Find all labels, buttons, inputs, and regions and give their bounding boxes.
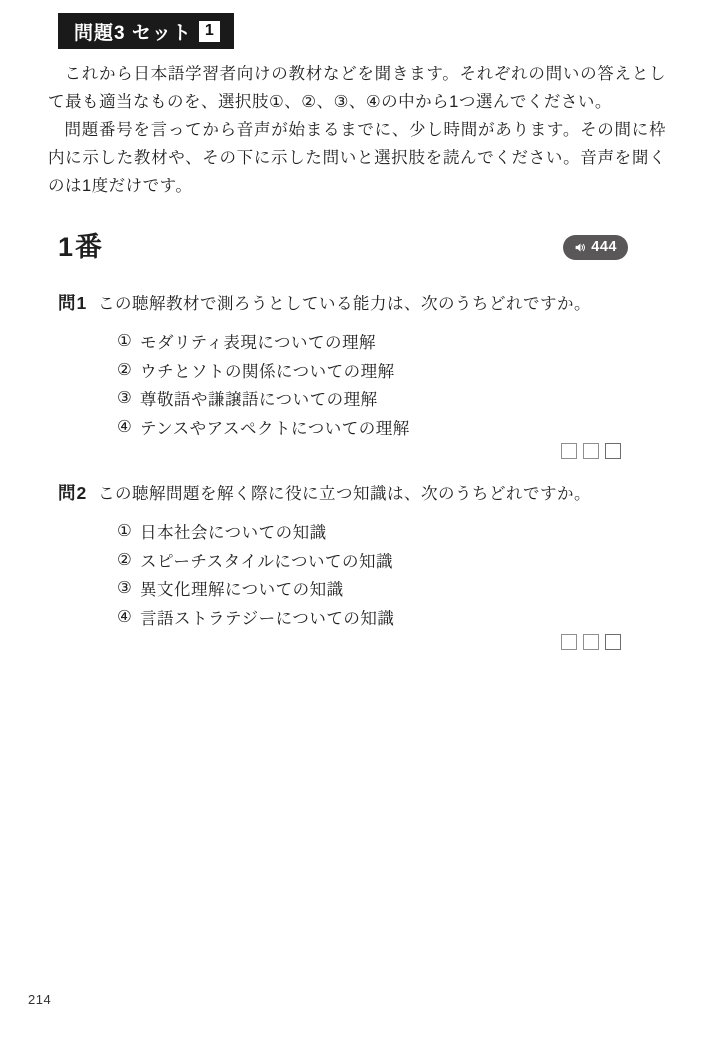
- option-number: ③: [117, 388, 140, 408]
- question-2-options: ① 日本社会についての知識 ② スピーチスタイルについての知識 ③ 異文化理解に…: [117, 517, 637, 631]
- answer-box: [583, 634, 599, 650]
- option-number: ②: [117, 550, 140, 570]
- question-1-answer-boxes: [561, 443, 621, 459]
- question-2-label: 問2: [58, 480, 98, 505]
- question-2-text: この聴解問題を解く際に役に立つ知識は、次のうちどれですか。: [98, 480, 591, 504]
- option-number: ③: [117, 578, 140, 598]
- option-row: ④ 言語ストラテジーについての知識: [117, 603, 637, 632]
- option-text: 日本社会についての知識: [140, 519, 327, 543]
- audio-track-badge: 444: [563, 235, 628, 260]
- option-number: ①: [117, 331, 140, 351]
- option-row: ④ テンスやアスペクトについての理解: [117, 413, 637, 442]
- option-text: 尊敬語や謙譲語についての理解: [140, 386, 378, 410]
- option-number: ②: [117, 360, 140, 380]
- question-1-options: ① モダリティ表現についての理解 ② ウチとソトの関係についての理解 ③ 尊敬語…: [117, 327, 637, 441]
- option-text: ウチとソトの関係についての理解: [140, 358, 395, 382]
- option-text: 言語ストラテジーについての知識: [140, 605, 394, 629]
- question-2: 問2 この聴解問題を解く際に役に立つ知識は、次のうちどれですか。: [58, 480, 666, 505]
- document-page: 問題3 セット 1 これから日本語学習者向けの教材などを聞きます。それぞれの問い…: [0, 0, 707, 1040]
- option-number: ④: [117, 607, 140, 627]
- option-text: 異文化理解についての知識: [140, 576, 344, 600]
- answer-box: [561, 443, 577, 459]
- question-1-label: 問1: [58, 290, 98, 315]
- answer-box: [561, 634, 577, 650]
- page-number: 214: [28, 992, 51, 1007]
- option-text: モダリティ表現についての理解: [140, 329, 376, 353]
- option-text: テンスやアスペクトについての理解: [140, 415, 410, 439]
- question-1: 問1 この聴解教材で測ろうとしている能力は、次のうちどれですか。: [58, 290, 666, 315]
- option-row: ② ウチとソトの関係についての理解: [117, 356, 637, 385]
- section-title: 1番: [58, 231, 104, 263]
- option-row: ② スピーチスタイルについての知識: [117, 546, 637, 575]
- option-number: ④: [117, 417, 140, 437]
- answer-box: [605, 443, 621, 459]
- question-2-answer-boxes: [561, 634, 621, 650]
- option-row: ③ 尊敬語や謙譲語についての理解: [117, 384, 637, 413]
- option-row: ③ 異文化理解についての知識: [117, 574, 637, 603]
- option-text: スピーチスタイルについての知識: [140, 548, 393, 572]
- section-heading-row: 1番 444: [58, 231, 628, 263]
- answer-box: [583, 443, 599, 459]
- instructions: これから日本語学習者向けの教材などを聞きます。それぞれの問いの答えとして最も適当…: [48, 60, 666, 200]
- audio-track-number: 444: [591, 240, 617, 255]
- speaker-icon: [574, 241, 587, 254]
- option-row: ① 日本社会についての知識: [117, 517, 637, 546]
- instructions-paragraph-1: これから日本語学習者向けの教材などを聞きます。それぞれの問いの答えとして最も適当…: [48, 60, 666, 116]
- option-row: ① モダリティ表現についての理解: [117, 327, 637, 356]
- option-number: ①: [117, 521, 140, 541]
- instructions-paragraph-2: 問題番号を言ってから音声が始まるまでに、少し時間があります。その間に枠内に示した…: [48, 116, 666, 200]
- answer-box: [605, 634, 621, 650]
- set-number-badge: 1: [199, 21, 220, 42]
- problem-header: 問題3 セット 1: [58, 13, 234, 49]
- problem-header-title: 問題3 セット: [74, 18, 192, 45]
- question-1-text: この聴解教材で測ろうとしている能力は、次のうちどれですか。: [98, 290, 591, 314]
